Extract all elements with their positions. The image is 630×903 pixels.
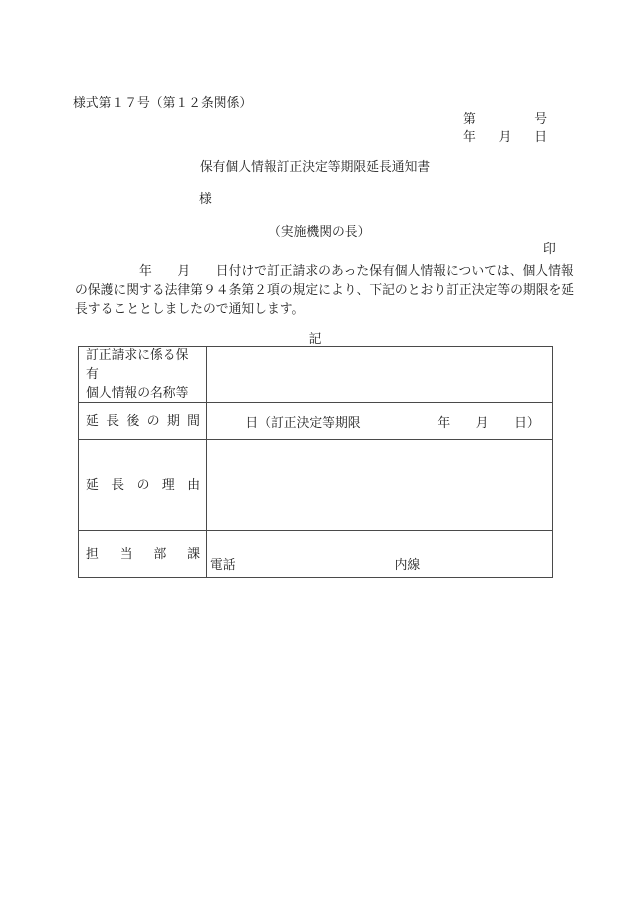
row-label: 延長の理由 bbox=[79, 440, 207, 530]
date-line: 年 月 日 bbox=[463, 126, 547, 145]
doc-number-suffix: 号 bbox=[534, 108, 547, 127]
contact-line: 電話 内線 bbox=[210, 557, 552, 574]
extension-label: 内線 bbox=[395, 557, 421, 574]
doc-number-line: 第 号 bbox=[463, 108, 547, 127]
row-label-line: 延長後の期間 bbox=[86, 412, 200, 431]
row-label: 延長後の期間 bbox=[79, 403, 207, 439]
date-year-label: 年 bbox=[463, 126, 476, 145]
body-line: 年 月 日付けで訂正請求のあった保有個人情報については、個人情報 bbox=[75, 262, 575, 281]
table-row-responsible-division: 担当部課 電話 内線 bbox=[79, 531, 552, 577]
date-month-label: 月 bbox=[499, 126, 512, 145]
row-label: 担当部課 bbox=[79, 531, 207, 577]
addressee-suffix: 様 bbox=[199, 188, 212, 207]
row-value: 電話 内線 bbox=[207, 531, 552, 577]
table-row-name-of-information: 訂正請求に係る保有 個人情報の名称等 bbox=[79, 347, 552, 403]
phone-label: 電話 bbox=[210, 557, 236, 574]
form-table: 訂正請求に係る保有 個人情報の名称等 延長後の期間 日（訂正決定等期限 年 月 … bbox=[78, 346, 553, 578]
form-number: 様式第１７号（第１２条関係） bbox=[73, 92, 252, 111]
table-row-extended-period: 延長後の期間 日（訂正決定等期限 年 月 日） bbox=[79, 403, 552, 440]
row-value bbox=[207, 347, 552, 402]
row-label-line: 個人情報の名称等 bbox=[86, 384, 200, 403]
issuer-line: （実施機関の長） bbox=[268, 221, 370, 240]
seal-mark: 印 bbox=[543, 238, 556, 257]
row-label-line: 訂正請求に係る保有 bbox=[86, 346, 200, 384]
table-row-reason-for-extension: 延長の理由 bbox=[79, 440, 552, 531]
document-title: 保有個人情報訂正決定等期限延長通知書 bbox=[0, 156, 630, 175]
date-day-label: 日 bbox=[534, 126, 547, 145]
document-page: 様式第１７号（第１２条関係） 第 号 年 月 日 保有個人情報訂正決定等期限延長… bbox=[0, 0, 630, 903]
body-line: の保護に関する法律第９４条第２項の規定により、下記のとおり訂正決定等の期限を延 bbox=[75, 281, 575, 300]
row-label-line: 担当部課 bbox=[86, 545, 200, 564]
row-label-line: 延長の理由 bbox=[86, 476, 200, 495]
row-value: 日（訂正決定等期限 年 月 日） bbox=[207, 403, 552, 439]
doc-number-prefix: 第 bbox=[463, 108, 476, 127]
body-line: 長することとしましたので通知します。 bbox=[75, 300, 575, 319]
row-label: 訂正請求に係る保有 個人情報の名称等 bbox=[79, 347, 207, 402]
body-paragraph: 年 月 日付けで訂正請求のあった保有個人情報については、個人情報 の保護に関する… bbox=[75, 262, 575, 319]
section-marker: 記 bbox=[0, 328, 630, 347]
row-value bbox=[207, 440, 552, 530]
